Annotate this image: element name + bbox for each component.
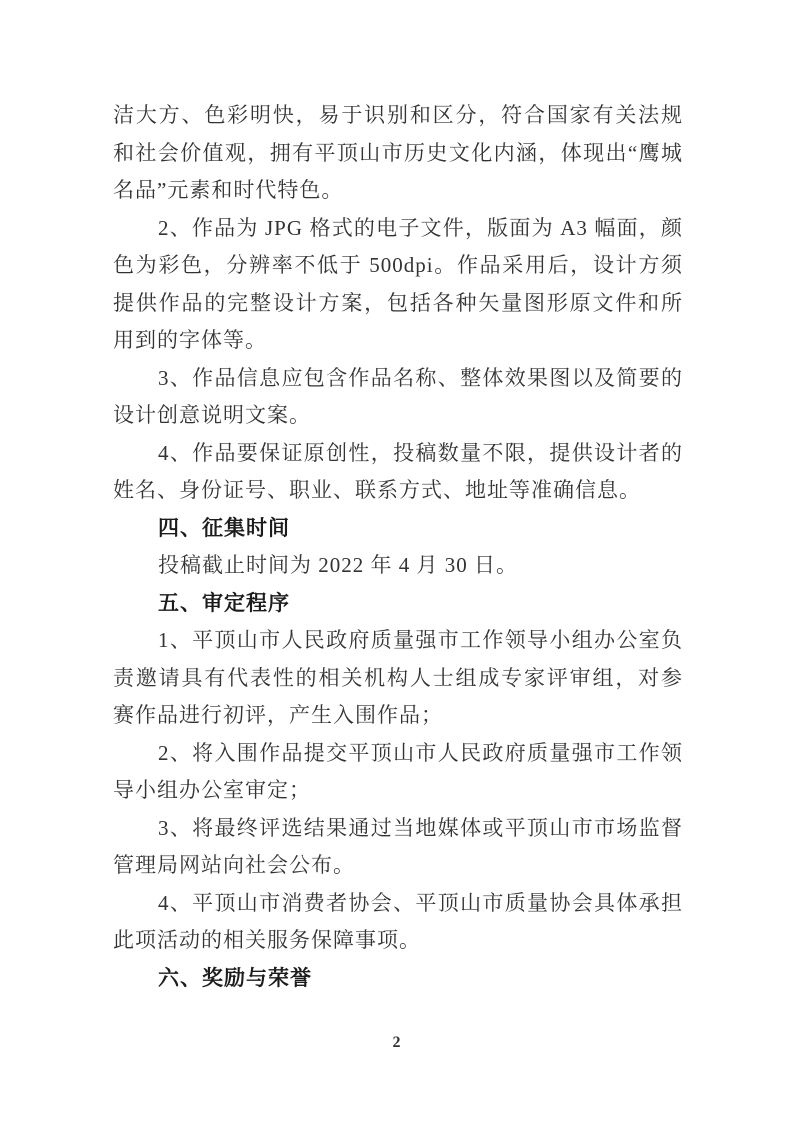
- paragraph: 2、将入围作品提交平顶山市人民政府质量强市工作领导小组办公室审定；: [113, 735, 683, 810]
- document-page: 洁大方、色彩明快，易于识别和区分，符合国家有关法规和社会价值观，拥有平顶山市历史…: [0, 0, 793, 1122]
- document-body: 洁大方、色彩明快，易于识别和区分，符合国家有关法规和社会价值观，拥有平顶山市历史…: [113, 97, 683, 997]
- paragraph: 4、作品要保证原创性，投稿数量不限，提供设计者的姓名、身份证号、职业、联系方式、…: [113, 435, 683, 510]
- paragraph: 3、将最终评选结果通过当地媒体或平顶山市市场监督管理局网站向社会公布。: [113, 810, 683, 885]
- page-number: 2: [393, 1034, 401, 1051]
- paragraph: 1、平顶山市人民政府质量强市工作领导小组办公室负责邀请具有代表性的相关机构人士组…: [113, 622, 683, 735]
- paragraph: 洁大方、色彩明快，易于识别和区分，符合国家有关法规和社会价值观，拥有平顶山市历史…: [113, 97, 683, 210]
- section-heading: 六、奖励与荣誉: [113, 960, 683, 998]
- paragraph: 2、作品为 JPG 格式的电子文件，版面为 A3 幅面，颜色为彩色，分辨率不低于…: [113, 210, 683, 360]
- section-heading: 四、征集时间: [113, 510, 683, 548]
- paragraph: 4、平顶山市消费者协会、平顶山市质量协会具体承担此项活动的相关服务保障事项。: [113, 885, 683, 960]
- page-footer: 2: [0, 1034, 793, 1052]
- paragraph: 3、作品信息应包含作品名称、整体效果图以及简要的设计创意说明文案。: [113, 360, 683, 435]
- paragraph: 投稿截止时间为 2022 年 4 月 30 日。: [113, 547, 683, 585]
- section-heading: 五、审定程序: [113, 585, 683, 623]
